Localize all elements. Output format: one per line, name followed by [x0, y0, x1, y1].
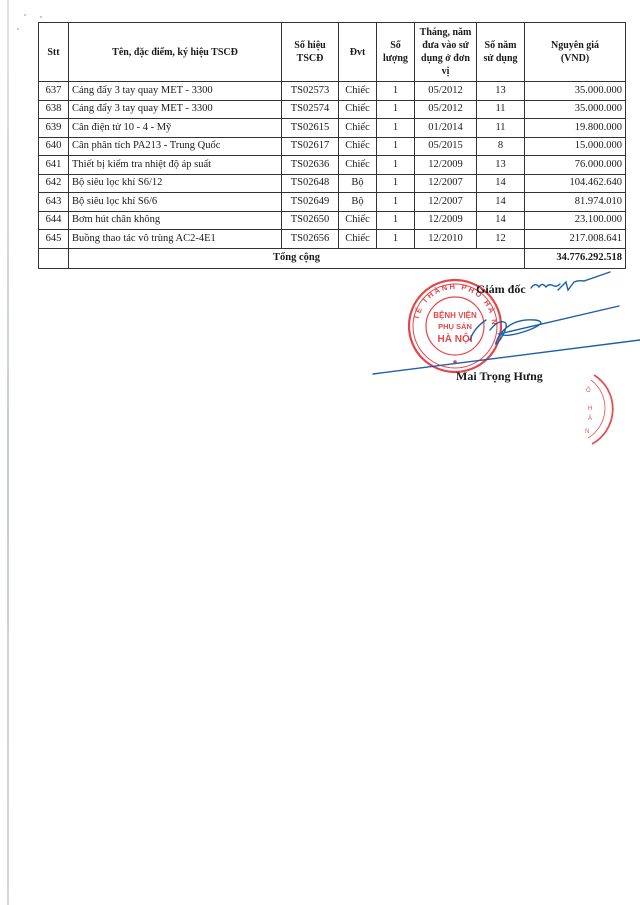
cell-code: TS02573 [282, 82, 339, 101]
cell-unit: Chiếc [339, 137, 377, 156]
svg-text:Ô: Ô [586, 387, 591, 394]
table-row: 645 Buồng thao tác vô trùng AC2-4E1 TS02… [39, 230, 626, 249]
cell-name: Bộ siêu lọc khí S6/6 [69, 193, 282, 212]
cell-price: 217.008.641 [525, 230, 626, 249]
cell-years: 8 [477, 137, 525, 156]
table-row: 638 Cáng đẩy 3 tay quay MET - 3300 TS025… [39, 100, 626, 119]
cell-unit: Chiếc [339, 230, 377, 249]
cell-code: TS02650 [282, 211, 339, 230]
cell-price: 35.000.000 [525, 100, 626, 119]
cell-month: 12/2007 [415, 174, 477, 193]
table-row: 642 Bộ siêu lọc khí S6/12 TS02648 Bộ 1 1… [39, 174, 626, 193]
partial-stamp: Ô H À N [585, 375, 613, 444]
table-row: 641 Thiết bị kiểm tra nhiệt độ áp suất T… [39, 156, 626, 175]
signer-title: Giám đốc [476, 282, 526, 297]
cell-price: 81.974.010 [525, 193, 626, 212]
cell-unit: Chiếc [339, 119, 377, 138]
cell-stt: 645 [39, 230, 69, 249]
cell-month: 01/2014 [415, 119, 477, 138]
cell-unit: Chiếc [339, 100, 377, 119]
cell-qty: 1 [377, 137, 415, 156]
cell-qty: 1 [377, 193, 415, 212]
scan-speck [24, 14, 26, 16]
cell-month: 05/2012 [415, 100, 477, 119]
cell-name: Cân điện tử 10 - 4 - Mỹ [69, 119, 282, 138]
asset-table: Stt Tên, đặc điểm, ký hiệu TSCĐ Số hiệuT… [38, 22, 626, 269]
table-row: 643 Bộ siêu lọc khí S6/6 TS02649 Bộ 1 12… [39, 193, 626, 212]
cell-name: Bộ siêu lọc khí S6/12 [69, 174, 282, 193]
total-empty-cell [39, 248, 69, 268]
scan-speck [17, 28, 19, 30]
cell-name: Cáng đẩy 3 tay quay MET - 3300 [69, 100, 282, 119]
cell-years: 11 [477, 100, 525, 119]
cell-month: 12/2007 [415, 193, 477, 212]
cell-price: 35.000.000 [525, 82, 626, 101]
header-stt: Stt [39, 23, 69, 82]
cell-qty: 1 [377, 100, 415, 119]
cell-price: 15.000.000 [525, 137, 626, 156]
cell-code: TS02649 [282, 193, 339, 212]
cell-stt: 641 [39, 156, 69, 175]
cell-qty: 1 [377, 211, 415, 230]
cell-name: Bơm hút chân không [69, 211, 282, 230]
cell-month: 12/2009 [415, 156, 477, 175]
handwritten-signature [373, 272, 640, 374]
cell-years: 13 [477, 82, 525, 101]
total-value: 34.776.292.518 [525, 248, 626, 268]
header-month: Tháng, nămđưa vào sửdụng ở đơnvị [415, 23, 477, 82]
cell-stt: 639 [39, 119, 69, 138]
cell-stt: 638 [39, 100, 69, 119]
cell-name: Thiết bị kiểm tra nhiệt độ áp suất [69, 156, 282, 175]
cell-stt: 640 [39, 137, 69, 156]
svg-text:H: H [588, 406, 592, 412]
cell-code: TS02617 [282, 137, 339, 156]
cell-code: TS02615 [282, 119, 339, 138]
cell-price: 104.462.640 [525, 174, 626, 193]
cell-code: TS02648 [282, 174, 339, 193]
cell-years: 14 [477, 174, 525, 193]
cell-years: 14 [477, 193, 525, 212]
svg-text:N: N [585, 429, 589, 435]
table-row: 637 Cáng đẩy 3 tay quay MET - 3300 TS025… [39, 82, 626, 101]
cell-qty: 1 [377, 119, 415, 138]
cell-name: Cân phân tích PA213 - Trung Quốc [69, 137, 282, 156]
cell-name: Buồng thao tác vô trùng AC2-4E1 [69, 230, 282, 249]
header-years: Số nămsử dụng [477, 23, 525, 82]
cell-years: 14 [477, 211, 525, 230]
cell-unit: Chiếc [339, 211, 377, 230]
cell-qty: 1 [377, 82, 415, 101]
signer-name: Mai Trọng Hưng [456, 369, 543, 384]
scan-edge-artifact [7, 0, 9, 905]
cell-price: 76.000.000 [525, 156, 626, 175]
cell-stt: 643 [39, 193, 69, 212]
header-price: Nguyên giá(VND) [525, 23, 626, 82]
svg-text:PHỤ SẢN: PHỤ SẢN [438, 322, 472, 331]
svg-text:À: À [588, 415, 592, 422]
svg-text:BỆNH VIỆN: BỆNH VIỆN [433, 311, 477, 320]
cell-years: 11 [477, 119, 525, 138]
cell-month: 05/2015 [415, 137, 477, 156]
cell-qty: 1 [377, 156, 415, 175]
cell-unit: Chiếc [339, 156, 377, 175]
cell-price: 23.100.000 [525, 211, 626, 230]
header-code: Số hiệuTSCĐ [282, 23, 339, 82]
cell-month: 12/2009 [415, 211, 477, 230]
cell-month: 05/2012 [415, 82, 477, 101]
svg-text:HÀ NỘI: HÀ NỘI [438, 332, 473, 345]
cell-years: 12 [477, 230, 525, 249]
cell-years: 13 [477, 156, 525, 175]
cell-qty: 1 [377, 174, 415, 193]
table-row: 639 Cân điện tử 10 - 4 - Mỹ TS02615 Chiế… [39, 119, 626, 138]
cell-name: Cáng đẩy 3 tay quay MET - 3300 [69, 82, 282, 101]
table-header-row: Stt Tên, đặc điểm, ký hiệu TSCĐ Số hiệuT… [39, 23, 626, 82]
scan-speck [40, 16, 42, 18]
cell-stt: 644 [39, 211, 69, 230]
cell-code: TS02636 [282, 156, 339, 175]
cell-unit: Bộ [339, 174, 377, 193]
cell-month: 12/2010 [415, 230, 477, 249]
cell-code: TS02656 [282, 230, 339, 249]
cell-stt: 637 [39, 82, 69, 101]
cell-code: TS02574 [282, 100, 339, 119]
cell-stt: 642 [39, 174, 69, 193]
header-name: Tên, đặc điểm, ký hiệu TSCĐ [69, 23, 282, 82]
cell-qty: 1 [377, 230, 415, 249]
total-label: Tổng cộng [69, 248, 525, 268]
cell-unit: Bộ [339, 193, 377, 212]
table-row: 640 Cân phân tích PA213 - Trung Quốc TS0… [39, 137, 626, 156]
cell-price: 19.800.000 [525, 119, 626, 138]
table-row: 644 Bơm hút chân không TS02650 Chiếc 1 1… [39, 211, 626, 230]
header-unit: Đvt [339, 23, 377, 82]
header-qty: Sốlượng [377, 23, 415, 82]
total-row: Tổng cộng 34.776.292.518 [39, 248, 626, 268]
cell-unit: Chiếc [339, 82, 377, 101]
